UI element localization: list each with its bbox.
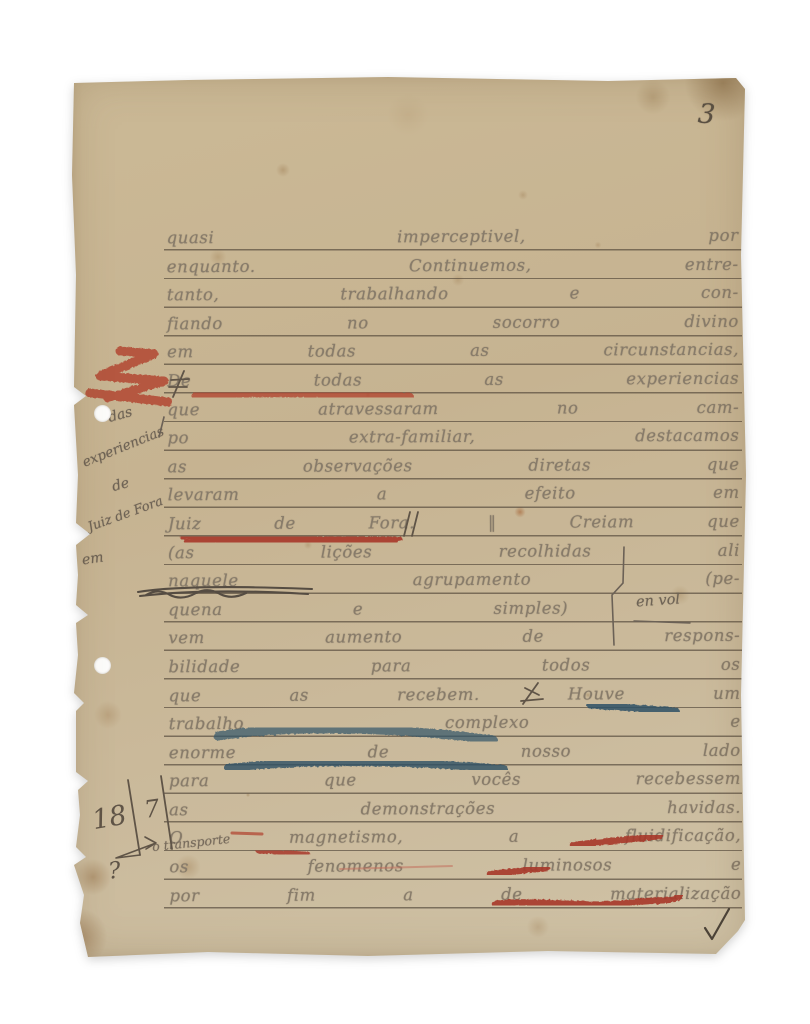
manuscript-line: quena e simples) — [168, 593, 568, 623]
manuscript-line: as demonstrações havidas. — [169, 793, 741, 824]
manuscript-line: Juiz de Fora. ‖ Creiam que — [168, 507, 740, 538]
manuscript-line: para que vocês recebessem — [169, 764, 741, 795]
red-chevron-marks — [90, 351, 168, 402]
page-number: 3 — [697, 98, 716, 130]
manuscript-line: as observações diretas que — [168, 450, 740, 481]
manuscript-line: que as recebem. Houve um — [169, 678, 741, 709]
manuscript-line: tanto, trabalhando e con- — [167, 278, 739, 309]
pencil-margin-tally: 18 7 ? — [90, 776, 172, 885]
manuscript-line: De todas as experiencias — [167, 364, 739, 395]
manuscript-line: (as lições recolhidas ali — [168, 535, 740, 566]
margin-arrow — [116, 837, 156, 858]
manuscript-line: bilidade para todos os — [168, 650, 740, 681]
aged-paper: 3 quasi imperceptivel, por enquanto. Con… — [68, 75, 747, 958]
margin-question-mark: ? — [107, 858, 123, 885]
manuscript-line: os fenomenos luminosos e — [169, 850, 741, 881]
manuscript-line: naquele agrupamento (pe- — [168, 564, 740, 595]
scanned-manuscript-page: 3 quasi imperceptivel, por enquanto. Con… — [0, 0, 810, 1024]
manuscript-line: por fim a de materialização — [169, 878, 741, 909]
punch-hole — [94, 405, 111, 422]
right-margin-annotation: en vol — [635, 591, 680, 610]
margin-number-right: 7 — [142, 794, 162, 824]
margin-note-word: Juiz de Fora — [86, 494, 165, 535]
manuscript-line: levaram a efeito em — [168, 478, 740, 509]
margin-note-word: em — [81, 550, 105, 569]
manuscript-line: que atravessaram no cam- — [167, 392, 739, 423]
manuscript-line: po extra-familiar, destacamos — [167, 421, 739, 452]
manuscript-line: quasi imperceptivel, por — [167, 221, 739, 252]
manuscript-line: vem aumento de respons- — [168, 621, 740, 652]
margin-note-word: experiencias — [80, 423, 166, 470]
pencil-checkmark-icon — [705, 909, 729, 939]
manuscript-line: enquanto. Continuemos, entre- — [167, 249, 739, 280]
manuscript-line: em todas as circunstancias, — [167, 335, 739, 366]
manuscript-line: O magnetismo, a fluidificação, — [169, 821, 741, 852]
margin-number-left: 18 — [90, 800, 129, 836]
margin-note-word: de — [110, 475, 131, 495]
manuscript-line: fiando no socorro divino — [167, 307, 739, 338]
manuscript-line: trabalho complexo e — [169, 707, 741, 738]
manuscript-line: enorme de nosso lado — [169, 735, 741, 766]
punch-hole — [94, 657, 111, 674]
paper-sheet: 3 quasi imperceptivel, por enquanto. Con… — [68, 75, 747, 958]
manuscript-body: quasi imperceptivel, por enquanto. Conti… — [167, 221, 742, 910]
